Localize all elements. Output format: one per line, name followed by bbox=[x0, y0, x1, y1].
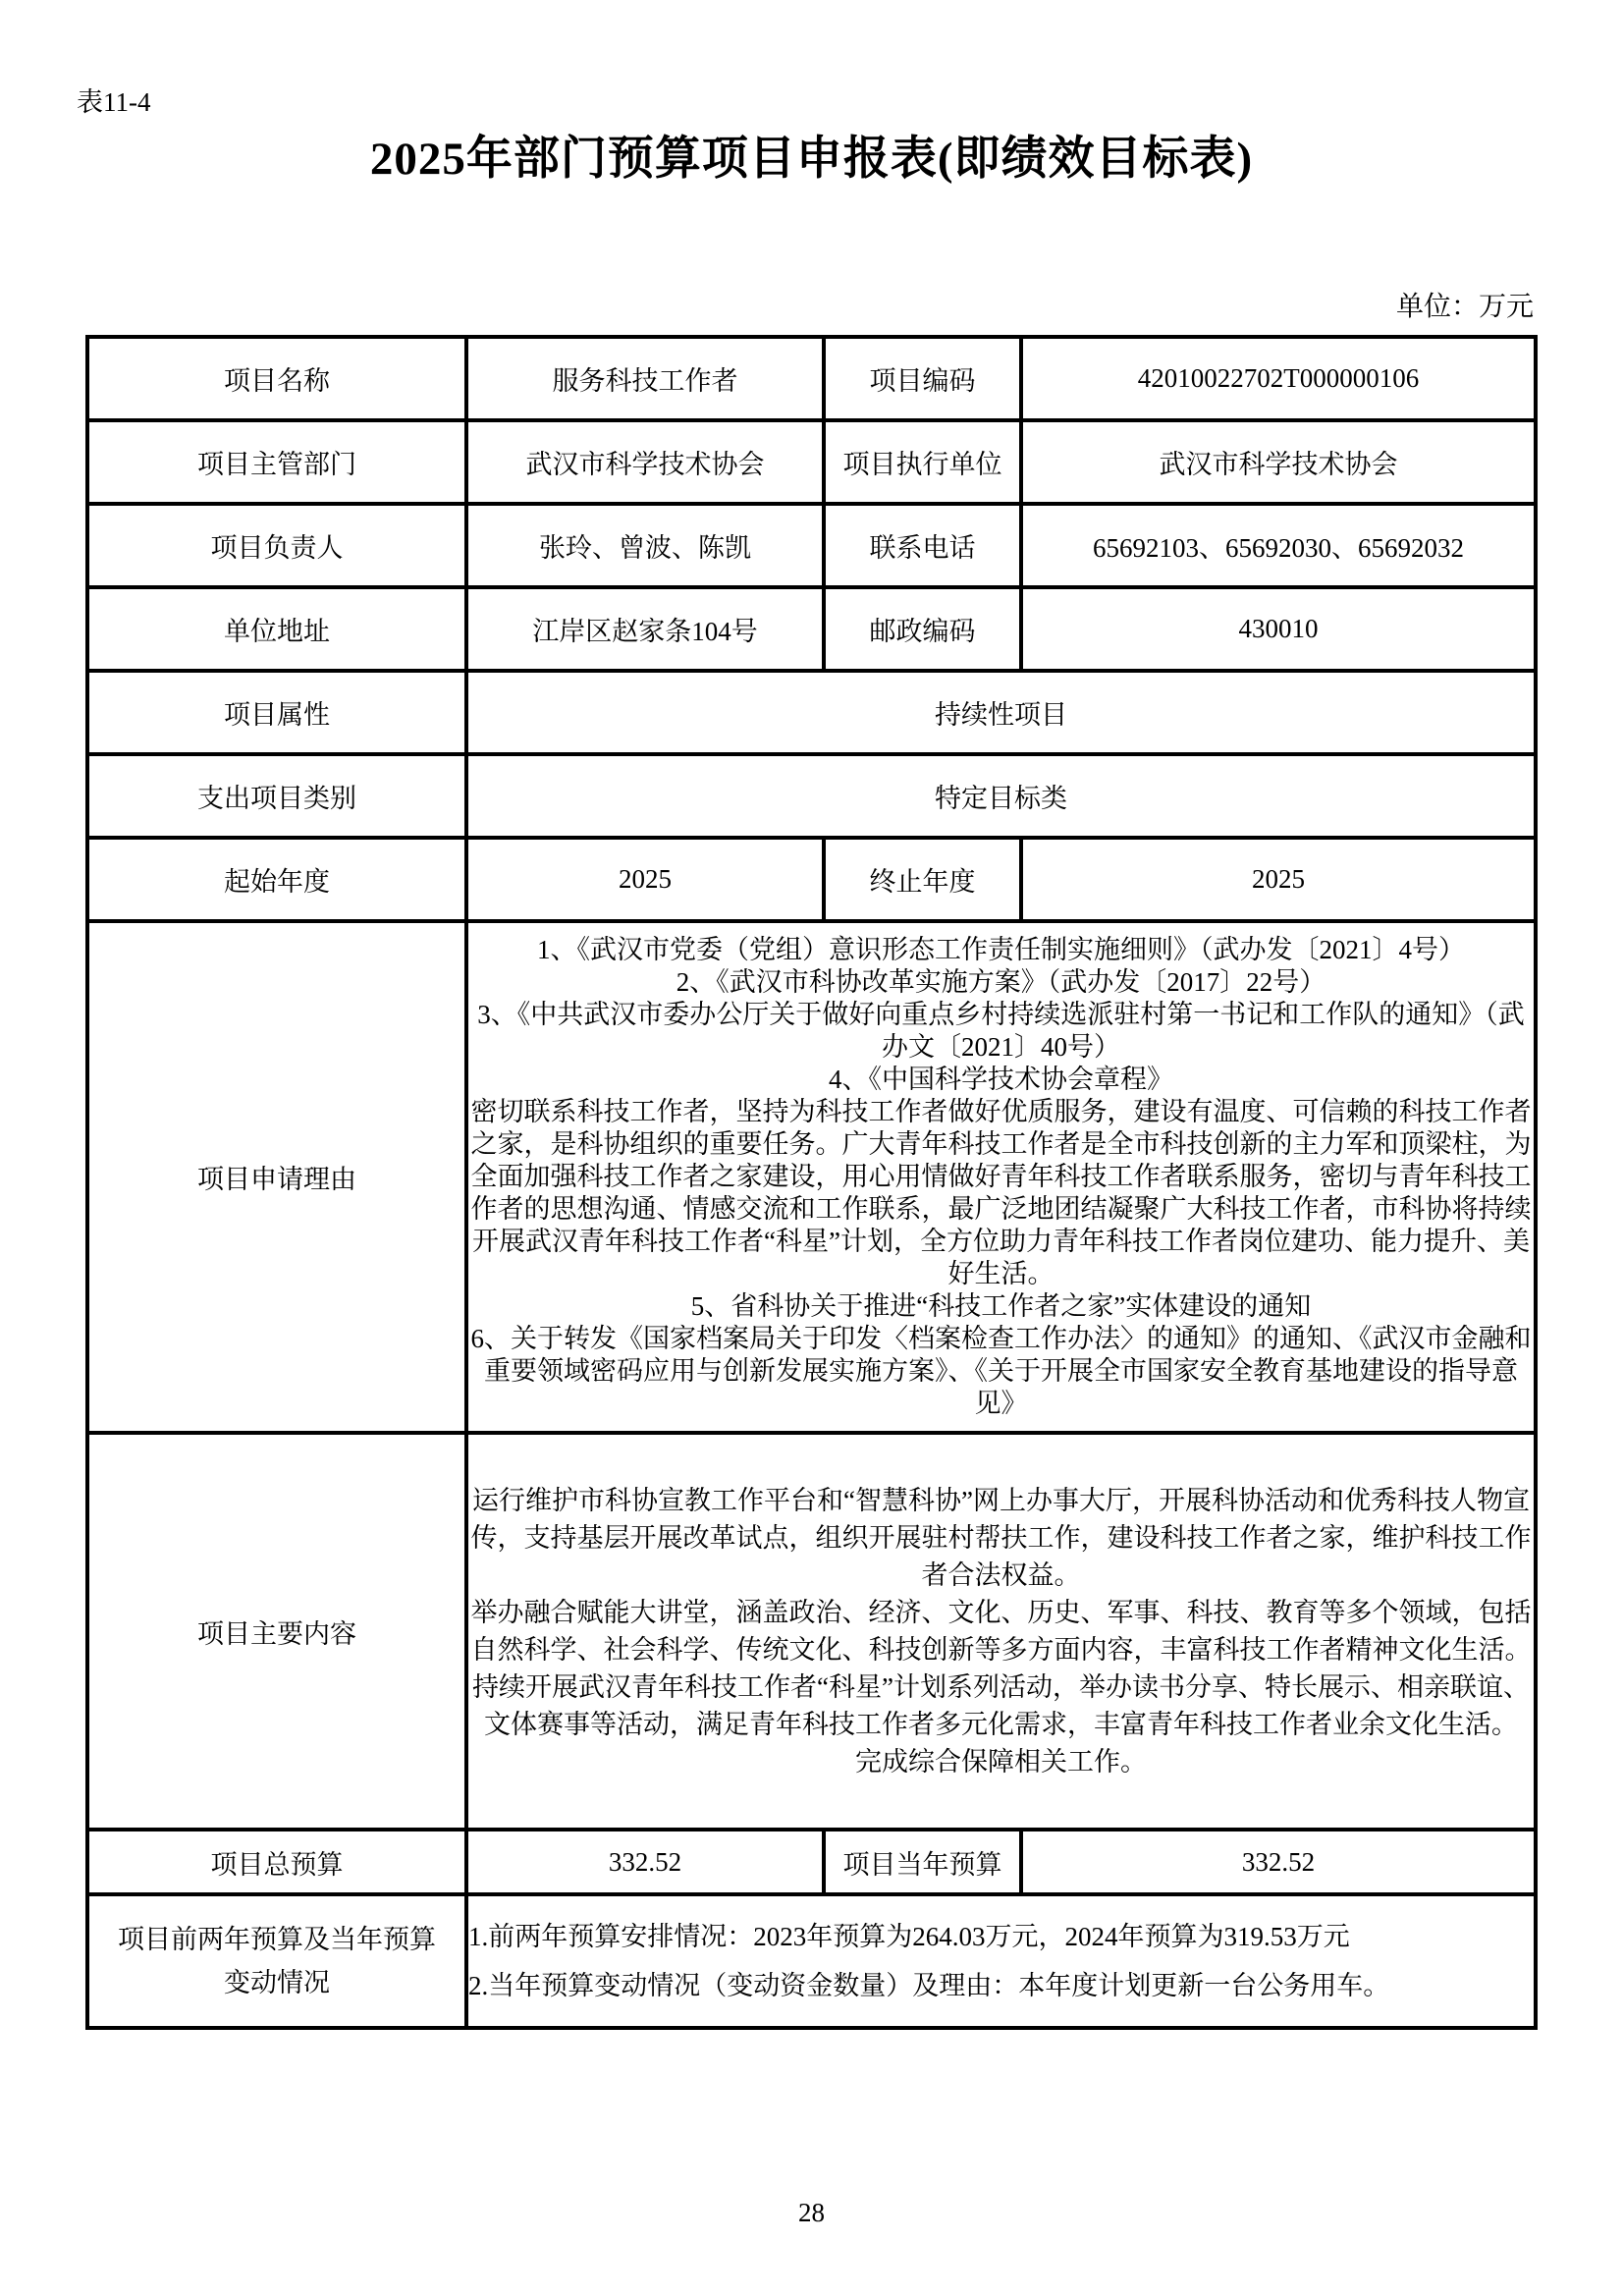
row-budget: 项目总预算 332.52 项目当年预算 332.52 bbox=[87, 1830, 1536, 1894]
row-years: 起始年度 2025 终止年度 2025 bbox=[87, 838, 1536, 921]
attribute-value: 持续性项目 bbox=[466, 671, 1536, 754]
attribute-label: 项目属性 bbox=[87, 671, 466, 754]
total-budget-value: 332.52 bbox=[466, 1830, 824, 1894]
exec-unit-label: 项目执行单位 bbox=[824, 420, 1021, 504]
history-text: 1.前两年预算安排情况：2023年预算为264.03万元，2024年预算为319… bbox=[466, 1894, 1536, 2028]
leader-label: 项目负责人 bbox=[87, 504, 466, 587]
exec-unit-value: 武汉市科学技术协会 bbox=[1021, 420, 1536, 504]
year-budget-value: 332.52 bbox=[1021, 1830, 1536, 1894]
row-department: 项目主管部门 武汉市科学技术协会 项目执行单位 武汉市科学技术协会 bbox=[87, 420, 1536, 504]
phone-value: 65692103、65692030、65692032 bbox=[1021, 504, 1536, 587]
row-address: 单位地址 江岸区赵家条104号 邮政编码 430010 bbox=[87, 587, 1536, 671]
row-category: 支出项目类别 特定目标类 bbox=[87, 754, 1536, 838]
reason-label: 项目申请理由 bbox=[87, 921, 466, 1433]
history-label: 项目前两年预算及当年预算 变动情况 bbox=[87, 1894, 466, 2028]
row-application-reason: 项目申请理由 1、《武汉市党委（党组）意识形态工作责任制实施细则》（武办发〔20… bbox=[87, 921, 1536, 1433]
budget-project-form-table: 项目名称 服务科技工作者 项目编码 42010022702T000000106 … bbox=[85, 335, 1538, 2030]
table-number-tag: 表11-4 bbox=[77, 81, 151, 119]
page-number: 28 bbox=[0, 2198, 1623, 2228]
project-name-value: 服务科技工作者 bbox=[466, 337, 824, 420]
page-title: 2025年部门预算项目申报表(即绩效目标表) bbox=[0, 122, 1623, 188]
project-code-value: 42010022702T000000106 bbox=[1021, 337, 1536, 420]
row-project-name: 项目名称 服务科技工作者 项目编码 42010022702T000000106 bbox=[87, 337, 1536, 420]
end-year-label: 终止年度 bbox=[824, 838, 1021, 921]
year-budget-label: 项目当年预算 bbox=[824, 1830, 1021, 1894]
row-budget-history: 项目前两年预算及当年预算 变动情况 1.前两年预算安排情况：2023年预算为26… bbox=[87, 1894, 1536, 2028]
row-leader: 项目负责人 张玲、曾波、陈凯 联系电话 65692103、65692030、65… bbox=[87, 504, 1536, 587]
address-value: 江岸区赵家条104号 bbox=[466, 587, 824, 671]
phone-label: 联系电话 bbox=[824, 504, 1021, 587]
start-year-label: 起始年度 bbox=[87, 838, 466, 921]
reason-text: 1、《武汉市党委（党组）意识形态工作责任制实施细则》（武办发〔2021〕4号） … bbox=[466, 921, 1536, 1433]
content-text: 运行维护市科协宣教工作平台和“智慧科协”网上办事大厅，开展科协活动和优秀科技人物… bbox=[466, 1433, 1536, 1830]
start-year-value: 2025 bbox=[466, 838, 824, 921]
total-budget-label: 项目总预算 bbox=[87, 1830, 466, 1894]
unit-note: 单位：万元 bbox=[1396, 285, 1534, 324]
row-main-content: 项目主要内容 运行维护市科协宣教工作平台和“智慧科协”网上办事大厅，开展科协活动… bbox=[87, 1433, 1536, 1830]
postcode-value: 430010 bbox=[1021, 587, 1536, 671]
category-value: 特定目标类 bbox=[466, 754, 1536, 838]
row-attribute: 项目属性 持续性项目 bbox=[87, 671, 1536, 754]
dept-label: 项目主管部门 bbox=[87, 420, 466, 504]
project-code-label: 项目编码 bbox=[824, 337, 1021, 420]
category-label: 支出项目类别 bbox=[87, 754, 466, 838]
content-label: 项目主要内容 bbox=[87, 1433, 466, 1830]
postcode-label: 邮政编码 bbox=[824, 587, 1021, 671]
end-year-value: 2025 bbox=[1021, 838, 1536, 921]
leader-value: 张玲、曾波、陈凯 bbox=[466, 504, 824, 587]
dept-value: 武汉市科学技术协会 bbox=[466, 420, 824, 504]
project-name-label: 项目名称 bbox=[87, 337, 466, 420]
address-label: 单位地址 bbox=[87, 587, 466, 671]
